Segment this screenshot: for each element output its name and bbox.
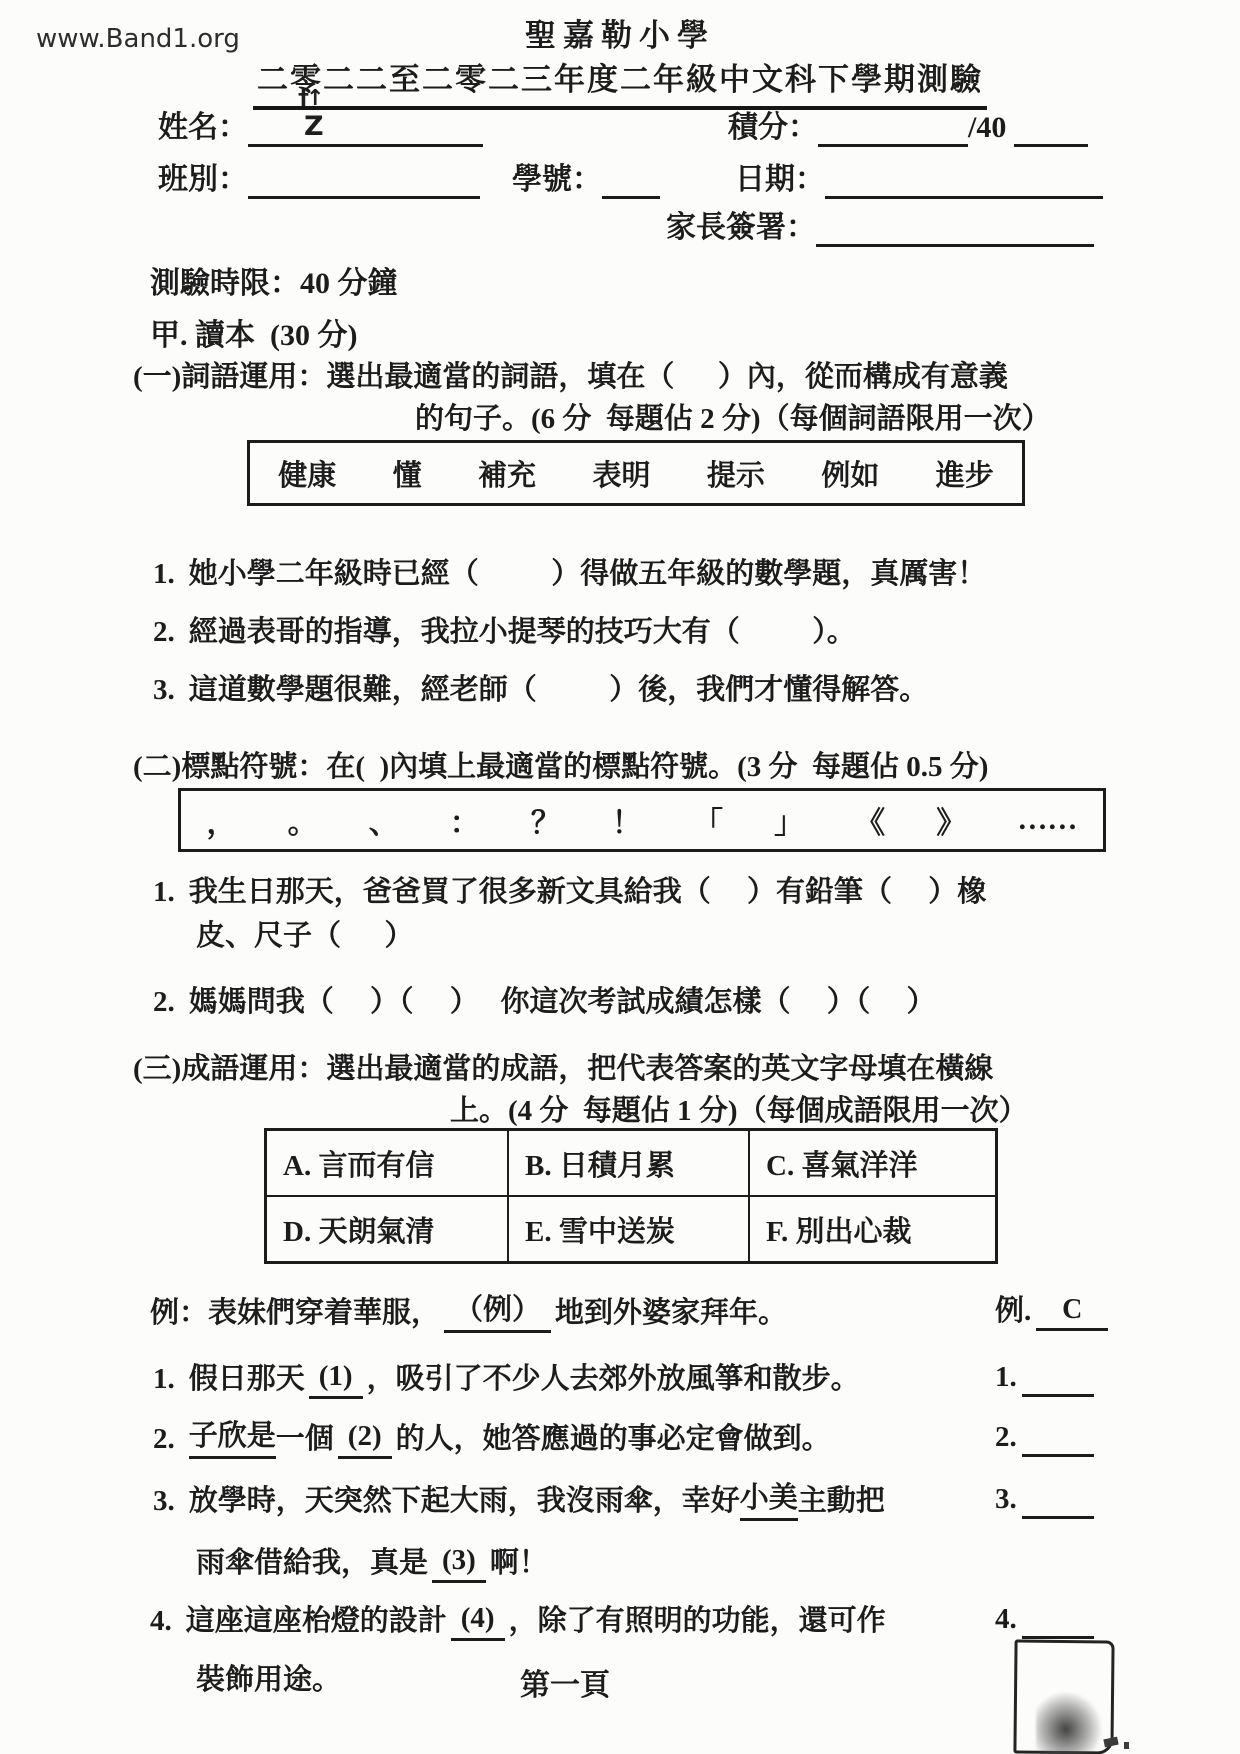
- idiom-option-b: B. 日積月累: [509, 1131, 750, 1197]
- question-text-post: 的人，她答應過的事必定會做到。: [396, 1419, 831, 1459]
- punctuation-item: ……: [1017, 803, 1077, 837]
- numbered-blank: (1): [309, 1356, 363, 1399]
- part3-question-1: 1. 假日那天 (1) ，吸引了不少人去郊外放風箏和散步。: [153, 1356, 860, 1399]
- idiom-options-table: A. 言而有信 B. 日積月累 C. 喜氣洋洋 D. 天朗氣清 E. 雪中送炭 …: [264, 1128, 998, 1264]
- answer-blank: C: [1036, 1290, 1108, 1331]
- answer-blank: [1022, 1356, 1094, 1397]
- word-bank-item: 懂: [393, 453, 422, 494]
- question-text: 她小學二年級時已經（ ）得做五年級的數學題，真厲害！: [189, 554, 987, 594]
- question-text-pre: 雨傘借給我，真是: [196, 1543, 428, 1583]
- answer-blank: [1022, 1478, 1094, 1519]
- answer-number: 1.: [995, 1357, 1017, 1397]
- example-label: 例：: [150, 1293, 208, 1333]
- idiom-option-d: D. 天朗氣清: [267, 1197, 509, 1261]
- part3-heading-line1: (三)成語運用：選出最適當的成語，把代表答案的英文字母填在橫線: [133, 1046, 993, 1087]
- question-text-post: 主動把: [798, 1481, 885, 1521]
- word-bank-item: 補充: [478, 453, 536, 494]
- part1-question-1: 1. 她小學二年級時已經（ ）得做五年級的數學題，真厲害！: [153, 554, 986, 594]
- word-bank-item: 進步: [936, 453, 994, 494]
- question-2-answer: 2.: [995, 1416, 1094, 1457]
- question-number: 1.: [153, 872, 175, 912]
- score-row: 積分： /40: [728, 106, 1088, 147]
- idiom-option-f: F. 別出心裁: [750, 1197, 995, 1261]
- question-text-post: ，吸引了不少人去郊外放風箏和散步。: [367, 1359, 860, 1399]
- section-a-heading: 甲. 讀本 (30 分): [150, 310, 357, 354]
- name-row: 姓名： †↑ Z: [158, 106, 483, 147]
- part3-example: 例： 表妹們穿着華服， （例） 地到外婆家拜年。: [150, 1290, 787, 1333]
- question-text: 裝飾用途。: [196, 1660, 341, 1700]
- answer-number: 2.: [995, 1417, 1017, 1457]
- title-wrap: 二零二二至二零二三年度二年級中文科下學期測驗: [0, 54, 1240, 110]
- part2-heading: (二)標點符號：在( )內填上最適當的標點符號。(3 分 每題佔 0.5 分): [133, 744, 988, 785]
- score-blank: [818, 106, 968, 147]
- school-name: 聖嘉勒小學: [0, 10, 1240, 55]
- page-number: 第一頁: [520, 1660, 610, 1704]
- student-no-blank: [602, 158, 660, 199]
- scan-smudge: [1036, 1692, 1102, 1754]
- part2-question-1-line2: 皮、尺子（ ）: [196, 916, 414, 956]
- punctuation-item: ：: [450, 798, 480, 842]
- test-paper-page: www.Band1.org 聖嘉勒小學 二零二二至二零二三年度二年級中文科下學期…: [0, 0, 1240, 1754]
- idiom-option-a: A. 言而有信: [267, 1131, 509, 1197]
- answer-blank: [1022, 1598, 1094, 1639]
- punctuation-item: ！: [612, 798, 642, 842]
- word-bank-box: 健康 懂 補充 表明 提示 例如 進步: [247, 440, 1025, 506]
- numbered-blank: (4): [451, 1598, 505, 1641]
- punctuation-item: 」: [774, 798, 804, 842]
- score-extra-blank: [1014, 106, 1088, 147]
- question-number: 4.: [150, 1601, 172, 1641]
- name-label: 姓名：: [158, 109, 248, 147]
- example-text-post: 地到外婆家拜年。: [555, 1293, 787, 1333]
- part1-heading-line1: (一)詞語運用：選出最適當的詞語，填在（ ）內，從而構成有意義: [133, 354, 1008, 395]
- punctuation-item: 「: [693, 798, 723, 842]
- part1-question-3: 3. 這道數學題很難，經老師（ ）後，我們才懂得解答。: [153, 670, 928, 710]
- student-no-row: 學號：: [512, 158, 660, 199]
- question-number: 1.: [153, 554, 175, 594]
- name-blank: †↑ Z: [248, 106, 483, 147]
- parent-sign-row: 家長簽署：: [666, 206, 1094, 247]
- part3-heading-line2: 上。(4 分 每題佔 1 分)（每個成語限用一次）: [450, 1088, 1028, 1129]
- question-text: 經過表哥的指導，我拉小提琴的技巧大有（ ）。: [189, 612, 856, 652]
- parent-sign-blank: [816, 206, 1094, 247]
- example-answer: 例. C: [995, 1290, 1108, 1331]
- answer-blank: [1022, 1416, 1094, 1457]
- student-no-label: 學號：: [512, 161, 602, 199]
- question-text-mid: 一個: [276, 1419, 334, 1459]
- example-blank: （例）: [444, 1290, 551, 1333]
- answer-number: 例.: [995, 1291, 1031, 1331]
- part3-question-4: 4. 這座這座枱燈的設計 (4) ，除了有照明的功能，還可作: [150, 1598, 886, 1641]
- date-label: 日期：: [735, 161, 825, 199]
- word-bank-item: 表明: [592, 453, 650, 494]
- punctuation-item: 《: [855, 798, 885, 842]
- part1-question-2: 2. 經過表哥的指導，我拉小提琴的技巧大有（ ）。: [153, 612, 856, 652]
- question-number: 2.: [153, 982, 175, 1022]
- punctuation-item: ？: [531, 798, 561, 842]
- class-label: 班別：: [158, 161, 248, 199]
- numbered-blank: (2): [338, 1416, 392, 1459]
- test-title: 二零二二至二零二三年度二年級中文科下學期測驗: [253, 54, 987, 110]
- word-bank-item: 健康: [278, 453, 336, 494]
- punctuation-item: ，: [207, 798, 237, 842]
- question-text-pre: 這座這座枱燈的設計: [186, 1601, 447, 1641]
- question-text-pre: 假日那天: [189, 1359, 305, 1399]
- answer-number: 3.: [995, 1479, 1017, 1519]
- question-text: 我生日那天，爸爸買了很多新文具給我（ ）有鉛筆（ ）橡: [189, 872, 987, 912]
- part3-question-4-line2: 裝飾用途。: [196, 1660, 341, 1700]
- question-text-post: 啊！: [490, 1543, 548, 1583]
- class-blank: [248, 158, 480, 199]
- scan-speck: [1103, 1737, 1118, 1748]
- question-text: 皮、尺子（ ）: [196, 916, 414, 956]
- punctuation-bank-box: ， 。 、 ： ？ ！ 「 」 《 》 ……: [178, 788, 1106, 852]
- idiom-option-c: C. 喜氣洋洋: [750, 1131, 995, 1197]
- question-text-post: ，除了有照明的功能，還可作: [509, 1601, 886, 1641]
- answer-number: 4.: [995, 1599, 1017, 1639]
- class-row: 班別：: [158, 158, 480, 199]
- question-text: 媽媽問我（ ）（ ） 你這次考試成績怎樣（ ）（ ）: [189, 982, 936, 1022]
- question-text-pre: 放學時，天突然下起大雨，我沒雨傘，幸好: [189, 1481, 740, 1521]
- underlined-name: 子欣是: [189, 1416, 276, 1459]
- score-label: 積分：: [728, 109, 818, 147]
- date-row: 日期：: [735, 158, 1103, 199]
- idiom-option-e: E. 雪中送炭: [509, 1197, 750, 1261]
- date-blank: [825, 158, 1103, 199]
- question-1-answer: 1.: [995, 1356, 1094, 1397]
- underlined-name: 小美: [740, 1478, 798, 1521]
- punctuation-item: 。: [288, 798, 318, 842]
- question-text: 這道數學題很難，經老師（ ）後，我們才懂得解答。: [189, 670, 929, 710]
- question-number: 1.: [153, 1359, 175, 1399]
- question-number: 2.: [153, 1419, 175, 1459]
- punctuation-item: 、: [369, 798, 399, 842]
- time-limit: 測驗時限：40 分鐘: [150, 258, 398, 302]
- punctuation-item: 》: [936, 798, 966, 842]
- score-total: /40: [968, 109, 1006, 147]
- handwriting-letter: Z: [304, 108, 324, 146]
- numbered-blank: (3): [432, 1540, 486, 1583]
- question-number: 3.: [153, 670, 175, 710]
- question-4-answer: 4.: [995, 1598, 1094, 1639]
- part2-question-2: 2. 媽媽問我（ ）（ ） 你這次考試成績怎樣（ ）（ ）: [153, 982, 936, 1022]
- part3-question-3-line2: 雨傘借給我，真是 (3) 啊！: [196, 1540, 548, 1583]
- part3-question-3: 3. 放學時，天突然下起大雨，我沒雨傘，幸好 小美 主動把: [153, 1478, 885, 1521]
- word-bank-item: 提示: [707, 453, 765, 494]
- question-number: 3.: [153, 1481, 175, 1521]
- part1-heading-line2: 的句子。(6 分 每題佔 2 分)（每個詞語限用一次）: [415, 396, 1051, 437]
- word-bank-item: 例如: [821, 453, 879, 494]
- part3-question-2: 2. 子欣是 一個 (2) 的人，她答應過的事必定會做到。: [153, 1416, 831, 1459]
- example-text-pre: 表妹們穿着華服，: [208, 1293, 440, 1333]
- part2-question-1: 1. 我生日那天，爸爸買了很多新文具給我（ ）有鉛筆（ ）橡: [153, 872, 986, 912]
- question-3-answer: 3.: [995, 1478, 1094, 1519]
- scan-speck: [1124, 1742, 1129, 1749]
- question-number: 2.: [153, 612, 175, 652]
- parent-sign-label: 家長簽署：: [666, 209, 816, 247]
